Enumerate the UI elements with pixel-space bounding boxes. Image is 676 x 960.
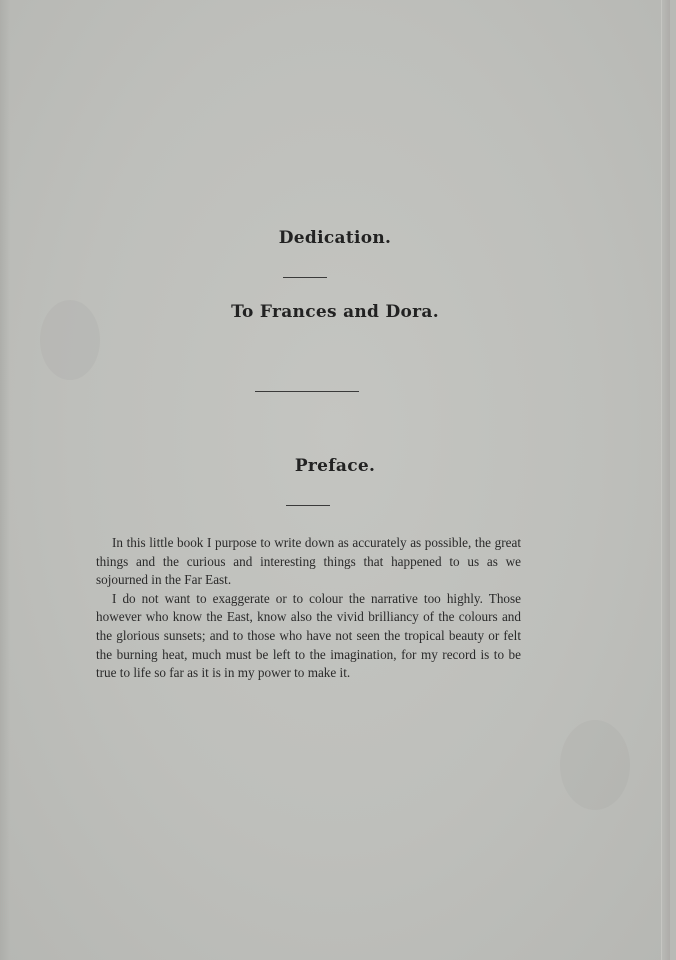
preface-title: Preface. (0, 456, 670, 476)
page-edge-left (0, 0, 10, 960)
divider-long (255, 391, 359, 392)
divider-short (286, 505, 330, 506)
dedication-title: Dedication. (0, 228, 670, 248)
dedication-text: To Frances and Dora. (0, 302, 670, 322)
preface-body: In this little book I purpose to write d… (96, 534, 521, 683)
book-page: Dedication. To Frances and Dora. Preface… (0, 0, 670, 960)
preface-paragraph: I do not want to exaggerate or to colour… (96, 590, 521, 683)
page-edge-right (661, 0, 670, 960)
preface-paragraph: In this little book I purpose to write d… (96, 534, 521, 590)
paper-stain (560, 720, 630, 810)
divider-short (283, 277, 327, 278)
